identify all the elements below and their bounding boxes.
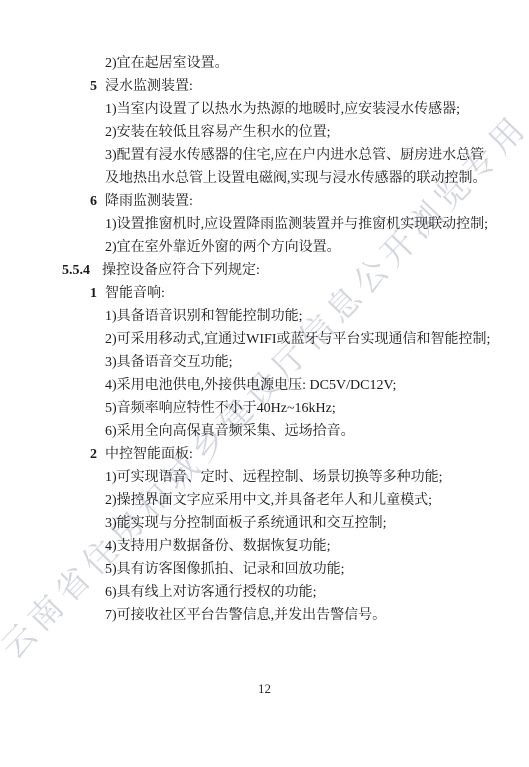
paragraph: 5)音频率响应特性不小于40Hz~16kHz; [62,397,492,420]
paragraph-lines: 操控设备应符合下列规定: [102,259,260,282]
paragraph: 5 浸水监测装置: [62,75,492,98]
text-line: 7)可接收社区平台告警信息,并发出告警信号。 [105,604,386,627]
text-line: 2)宜在起居室设置。 [105,52,229,75]
paragraph-lines: 3)具备语音交互功能; [105,351,233,374]
paragraph-lines: 6)采用全向高保真音频采集、远场拾音。 [105,420,355,443]
text-line: 4)支持用户数据备份、数据恢复功能; [105,535,331,558]
paragraph-lines: 浸水监测装置: [105,75,193,98]
paragraph: 5)具有访客图像抓拍、记录和回放功能; [62,558,492,581]
paragraph: 2)宜在起居室设置。 [62,52,492,75]
text-line: 1)可实现语音、定时、远程控制、场景切换等多种功能; [105,466,443,489]
text-line: 及地热出水总管上设置电磁阀,实现与浸水传感器的联动控制。 [105,167,487,190]
paragraph-lines: 6)具有线上对访客通行授权的功能; [105,581,317,604]
paragraph: 6)采用全向高保真音频采集、远场拾音。 [62,420,492,443]
text-line: 2)安装在较低且容易产生积水的位置; [105,121,331,144]
paragraph: 3)配置有浸水传感器的住宅,应在户内进水总管、厨房进水总管及地热出水总管上设置电… [62,144,492,190]
paragraph: 1 智能音响: [62,282,492,305]
paragraph-lines: 2)操控界面文字应采用中文,并具备老年人和儿童模式; [105,489,432,512]
text-line: 1)设置推窗机时,应设置降雨监测装置并与推窗机实现联动控制; [105,213,488,236]
paragraph: 3)具备语音交互功能; [62,351,492,374]
paragraph-lines: 2)可采用移动式,宜通过WIFI或蓝牙与平台实现通信和智能控制; [105,328,490,351]
text-line: 5)具有访客图像抓拍、记录和回放功能; [105,558,345,581]
paragraph: 1)可实现语音、定时、远程控制、场景切换等多种功能; [62,466,492,489]
paragraph-lines: 4)采用电池供电,外接供电源电压: DC5V/DC12V; [105,374,396,397]
paragraph: 2)宜在室外靠近外窗的两个方向设置。 [62,236,492,259]
paragraph: 1)具备语音识别和智能控制功能; [62,305,492,328]
item-number: 1 [90,282,97,305]
text-line: 2)操控界面文字应采用中文,并具备老年人和儿童模式; [105,489,432,512]
paragraph: 4)支持用户数据备份、数据恢复功能; [62,535,492,558]
text-line: 3)具备语音交互功能; [105,351,233,374]
paragraph-lines: 7)可接收社区平台告警信息,并发出告警信号。 [105,604,386,627]
item-number: 5 [90,75,97,98]
paragraph-lines: 4)支持用户数据备份、数据恢复功能; [105,535,331,558]
text-line: 6)采用全向高保真音频采集、远场拾音。 [105,420,355,443]
paragraph: 6)具有线上对访客通行授权的功能; [62,581,492,604]
item-number: 5.5.4 [62,259,90,282]
paragraph: 2)安装在较低且容易产生积水的位置; [62,121,492,144]
paragraph-lines: 5)具有访客图像抓拍、记录和回放功能; [105,558,345,581]
text-line: 2)可采用移动式,宜通过WIFI或蓝牙与平台实现通信和智能控制; [105,328,490,351]
paragraph: 3)能实现与分控制面板子系统通讯和交互控制; [62,512,492,535]
text-line: 智能音响: [105,282,165,305]
text-line: 5)音频率响应特性不小于40Hz~16kHz; [105,397,336,420]
paragraph-lines: 1)当室内设置了以热水为热源的地暖时,应安装浸水传感器; [105,98,460,121]
paragraph: 2)可采用移动式,宜通过WIFI或蓝牙与平台实现通信和智能控制; [62,328,492,351]
text-line: 中控智能面板: [105,443,193,466]
paragraph: 6 降雨监测装置: [62,190,492,213]
text-line: 3)配置有浸水传感器的住宅,应在户内进水总管、厨房进水总管 [105,144,487,167]
paragraph: 2 中控智能面板: [62,443,492,466]
paragraph: 4)采用电池供电,外接供电源电压: DC5V/DC12V; [62,374,492,397]
text-line: 6)具有线上对访客通行授权的功能; [105,581,317,604]
text-line: 4)采用电池供电,外接供电源电压: DC5V/DC12V; [105,374,396,397]
text-line: 1)具备语音识别和智能控制功能; [105,305,303,328]
item-number: 6 [90,190,97,213]
paragraph-lines: 降雨监测装置: [105,190,193,213]
paragraph: 5.5.4 操控设备应符合下列规定: [62,259,492,282]
paragraph-lines: 1)可实现语音、定时、远程控制、场景切换等多种功能; [105,466,443,489]
document-body: 2)宜在起居室设置。 5 浸水监测装置: 1)当室内设置了以热水为热源的地暖时,… [62,52,492,627]
paragraph: 1)设置推窗机时,应设置降雨监测装置并与推窗机实现联动控制; [62,213,492,236]
paragraph-lines: 3)能实现与分控制面板子系统通讯和交互控制; [105,512,387,535]
text-line: 浸水监测装置: [105,75,193,98]
paragraph: 2)操控界面文字应采用中文,并具备老年人和儿童模式; [62,489,492,512]
document-page: 云南省住房和城乡建设厅信息公开浏览专用 2)宜在起居室设置。 5 浸水监测装置:… [0,0,529,767]
paragraph: 1)当室内设置了以热水为热源的地暖时,应安装浸水传感器; [62,98,492,121]
paragraph-lines: 智能音响: [105,282,165,305]
text-line: 3)能实现与分控制面板子系统通讯和交互控制; [105,512,387,535]
paragraph-lines: 1)具备语音识别和智能控制功能; [105,305,303,328]
text-line: 降雨监测装置: [105,190,193,213]
item-number: 2 [90,443,97,466]
paragraph-lines: 2)宜在起居室设置。 [105,52,229,75]
text-line: 2)宜在室外靠近外窗的两个方向设置。 [105,236,341,259]
paragraph-lines: 2)宜在室外靠近外窗的两个方向设置。 [105,236,341,259]
paragraph-lines: 3)配置有浸水传感器的住宅,应在户内进水总管、厨房进水总管及地热出水总管上设置电… [105,144,487,190]
page-number: 12 [0,681,529,697]
text-line: 操控设备应符合下列规定: [102,259,260,282]
paragraph-lines: 2)安装在较低且容易产生积水的位置; [105,121,331,144]
text-line: 1)当室内设置了以热水为热源的地暖时,应安装浸水传感器; [105,98,460,121]
paragraph-lines: 1)设置推窗机时,应设置降雨监测装置并与推窗机实现联动控制; [105,213,488,236]
paragraph-lines: 5)音频率响应特性不小于40Hz~16kHz; [105,397,336,420]
paragraph: 7)可接收社区平台告警信息,并发出告警信号。 [62,604,492,627]
paragraph-lines: 中控智能面板: [105,443,193,466]
